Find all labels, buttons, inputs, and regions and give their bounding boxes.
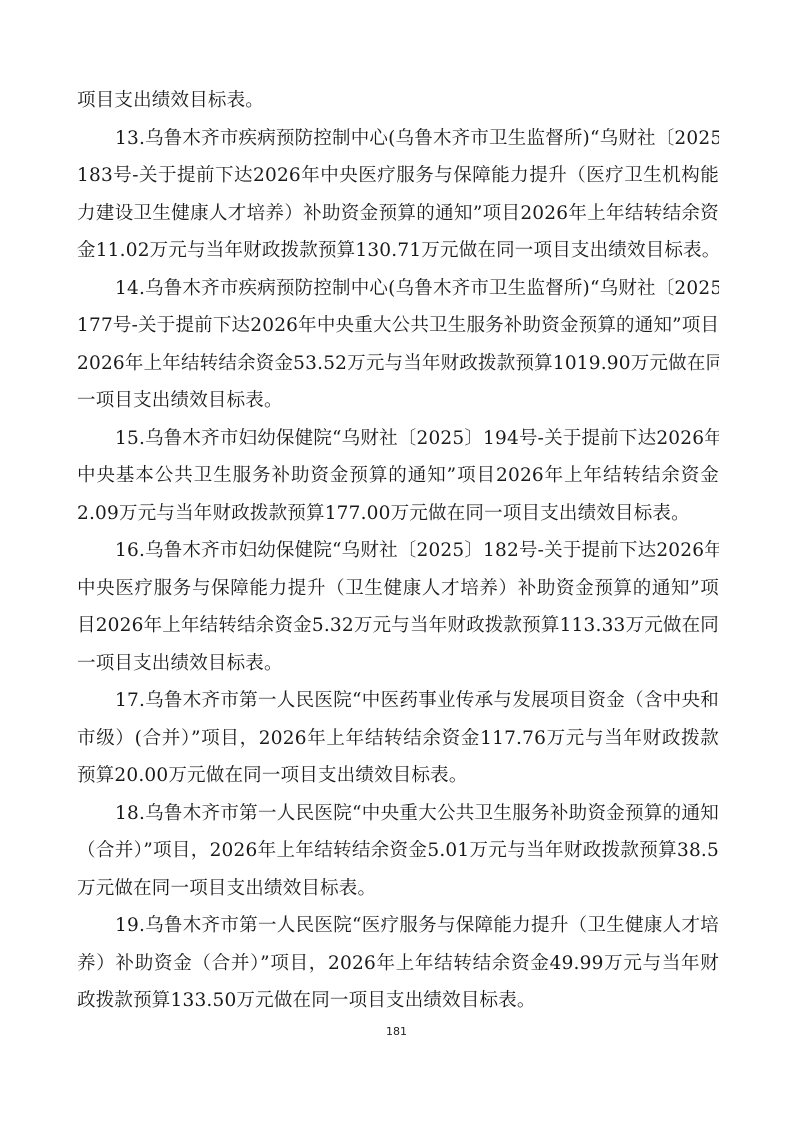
paragraph-first-line: 13.乌鲁木齐市疾病预防控制中心(乌鲁木齐市卫生监督所)“乌财社〔2025〕 [77, 120, 719, 158]
paragraph-line: 养）补助资金（合并）”项目，2026年上年结转结余资金49.99万元与当年财 [77, 945, 719, 983]
paragraph-line: 2026年上年结转结余资金53.52万元与当年财政拨款预算1019.90万元做在… [77, 345, 719, 383]
paragraph-line: 一项目支出绩效目标表。 [77, 382, 719, 420]
paragraph-line: 市级）(合并）”项目，2026年上年结转结余资金117.76万元与当年财政拨款 [77, 720, 719, 758]
paragraph-line: 政拨款预算133.50万元做在同一项目支出绩效目标表。 [77, 982, 719, 1020]
paragraph-first-line: 14.乌鲁木齐市疾病预防控制中心(乌鲁木齐市卫生监督所)“乌财社〔2025〕 [77, 270, 719, 308]
paragraph-first-line: 15.乌鲁木齐市妇幼保健院“乌财社〔2025〕194号-关于提前下达2026年 [77, 420, 719, 458]
paragraph-line: 177号-关于提前下达2026年中央重大公共卫生服务补助资金预算的通知”项目 [77, 307, 719, 345]
paragraph-line: 金11.02万元与当年财政拨款预算130.71万元做在同一项目支出绩效目标表。 [77, 232, 719, 270]
paragraph-line: 项目支出绩效目标表。 [77, 82, 719, 120]
paragraph-line: 一项目支出绩效目标表。 [77, 645, 719, 683]
paragraph-line: （合并）”项目，2026年上年结转结余资金5.01万元与当年财政拨款预算38.5 [77, 832, 719, 870]
paragraph-line: 中央医疗服务与保障能力提升（卫生健康人才培养）补助资金预算的通知”项 [77, 570, 719, 608]
paragraph-first-line: 16.乌鲁木齐市妇幼保健院“乌财社〔2025〕182号-关于提前下达2026年 [77, 532, 719, 570]
paragraph-line: 万元做在同一项目支出绩效目标表。 [77, 870, 719, 908]
paragraph-first-line: 18.乌鲁木齐市第一人民医院“中央重大公共卫生服务补助资金预算的通知 [77, 795, 719, 833]
page-number: 181 [0, 1025, 793, 1038]
paragraph-first-line: 17.乌鲁木齐市第一人民医院“中医药事业传承与发展项目资金（含中央和 [77, 682, 719, 720]
paragraph-line: 2.09万元与当年财政拨款预算177.00万元做在同一项目支出绩效目标表。 [77, 495, 719, 533]
document-body: 项目支出绩效目标表。13.乌鲁木齐市疾病预防控制中心(乌鲁木齐市卫生监督所)“乌… [77, 82, 719, 1020]
paragraph-line: 力建设卫生健康人才培养）补助资金预算的通知”项目2026年上年结转结余资 [77, 195, 719, 233]
paragraph-line: 目2026年上年结转结余资金5.32万元与当年财政拨款预算113.33万元做在同 [77, 607, 719, 645]
paragraph-line: 183号-关于提前下达2026年中央医疗服务与保障能力提升（医疗卫生机构能 [77, 157, 719, 195]
paragraph-line: 中央基本公共卫生服务补助资金预算的通知”项目2026年上年结转结余资金 [77, 457, 719, 495]
paragraph-line: 预算20.00万元做在同一项目支出绩效目标表。 [77, 757, 719, 795]
paragraph-first-line: 19.乌鲁木齐市第一人民医院“医疗服务与保障能力提升（卫生健康人才培 [77, 907, 719, 945]
